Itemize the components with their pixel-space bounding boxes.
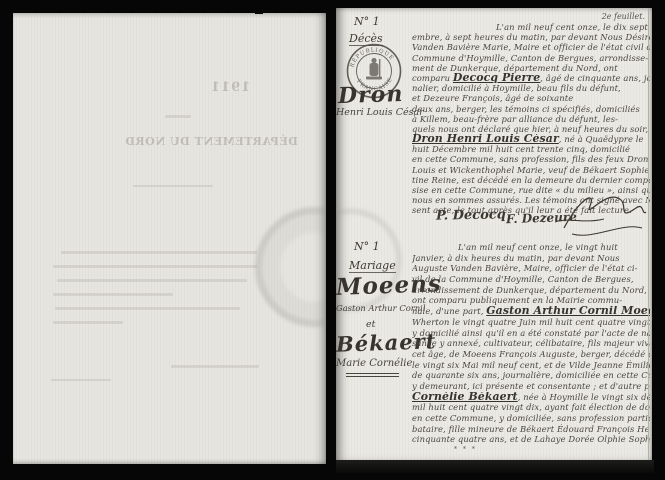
act-line: vil de la Commune d'Hoymille, Canton de …	[412, 274, 650, 285]
left-page: 1911 DÉPARTEMENT DU NORD	[13, 13, 326, 464]
act1-record-number: N° 1	[354, 15, 380, 28]
act-line: Commune d'Hoymille, Canton de Bergues, a…	[412, 53, 650, 63]
bleedthrough-text-bar	[51, 379, 111, 381]
act-line: tine Reine, est décédé en la demeure du …	[412, 175, 650, 185]
act-line: Dron Henri Louis César, né à Quaëdypre l…	[412, 134, 650, 144]
act-line: mil huit cent quatre vingt dix, ayant fa…	[412, 402, 650, 413]
act-separator-rule	[346, 373, 399, 377]
act-line: ment de Dunkerque, département du Nord, …	[412, 63, 650, 73]
act-line: comparu Decocq Pierre, âgé de cinquante …	[412, 73, 650, 83]
act1-deceased-surname: Dron	[338, 81, 404, 109]
act2-record-number: N° 1	[354, 240, 380, 253]
act-line: en cette Commune, sans profession, fils …	[412, 154, 650, 164]
footnote-marks: * * *	[454, 446, 477, 453]
signature-decocq: P. Decocq	[436, 207, 506, 223]
act2-bride-given-names: Marie Cornélie	[336, 358, 412, 369]
act-line: Wherton le vingt quatre Juin mil huit ce…	[412, 317, 650, 328]
act-line: ont comparu publiquement en la Mairie co…	[412, 295, 650, 306]
act-line: huit Décembre mil huit cent trente cinq,…	[412, 144, 650, 154]
bleedthrough-text-bar	[53, 265, 257, 268]
act-line: nalier, domicilié à Hoymille, beau fils …	[412, 83, 650, 93]
act-line: Janvier, à dix heures du matin, par deva…	[412, 253, 650, 264]
book-bottom-edge	[336, 460, 654, 473]
act-line: L'an mil neuf cent onze, le dix sept Nov…	[412, 22, 650, 32]
act-line: Auguste Vanden Bavière, Maire, officier …	[412, 263, 650, 274]
act-line: en cette Commune, y domiciliée, sans pro…	[412, 413, 650, 424]
act2-record-type: Mariage	[349, 259, 396, 273]
act-line: de quarante six ans, journalière, domici…	[412, 370, 650, 381]
act-line: et Dezeure François, âgé de soixante	[412, 93, 650, 103]
bleedthrough-department-title: DÉPARTEMENT DU NORD	[125, 135, 298, 148]
bleedthrough-text-bar	[61, 251, 257, 254]
act-line: le vingt six Mai mil neuf cent, et de Vi…	[412, 360, 650, 371]
act1-body-text: L'an mil neuf cent onze, le dix sept Nov…	[412, 22, 650, 216]
ghost-stamp-icon	[255, 207, 326, 327]
act1-deceased-given-names: Henri Louis César	[336, 107, 424, 118]
act-line: bataire, fille mineure de Békaert Édouar…	[412, 424, 650, 435]
act-line: cet âge, de Moeens François Auguste, ber…	[412, 349, 650, 360]
act2-conjunction: et	[366, 319, 375, 330]
folio-label: 2e feuillet.	[602, 12, 645, 21]
act-line: Louis et Wickenthophel Marie, veuf de Bé…	[412, 165, 650, 175]
mayor-signature-flourish-icon	[560, 188, 648, 240]
act-line: embre, à sept heures du matin, par devan…	[412, 32, 650, 42]
act2-body-text: L'an mil neuf cent onze, le vingt huitJa…	[412, 242, 650, 445]
act-line: sance y annexé, cultivateur, célibataire…	[412, 338, 650, 349]
bleedthrough-text-bar	[55, 307, 240, 310]
act-line: y demeurant, ici présente et consentante…	[412, 381, 650, 392]
binding-notch	[255, 0, 263, 14]
act-line: Cornélie Békaert, née à Hoymille le ving…	[412, 392, 650, 403]
bleedthrough-text-bar	[171, 365, 259, 368]
act-line: nale, d'une part, Gaston Arthur Cornil M…	[412, 306, 650, 317]
act-line: cinquante quatre ans, et de Lahaye Dorée…	[412, 434, 650, 445]
bleedthrough-rule	[165, 115, 191, 118]
act-line: arrondissement de Dunkerque, département…	[412, 285, 650, 296]
act-line: à Killem, beau-frère par alliance du déf…	[412, 114, 650, 124]
bleedthrough-text-bar	[53, 293, 173, 296]
bleedthrough-text-bar	[53, 321, 123, 324]
act-line: L'an mil neuf cent onze, le vingt huit	[412, 242, 650, 253]
act-line: y domicilié ainsi qu'il en a été constat…	[412, 328, 650, 339]
act-line: Vanden Bavière Marie, Maire et officier …	[412, 42, 650, 52]
bleedthrough-year: 1911	[210, 80, 250, 95]
bleedthrough-subtitle-bar	[133, 185, 213, 187]
bleedthrough-text-bar	[57, 279, 247, 282]
act-line: quels nous ont déclaré que hier, à neuf …	[412, 124, 650, 134]
scanned-register-photo: { "document": { "kind": "Registre d'état…	[0, 0, 665, 480]
right-page: 2e feuillet. N° 1 Décès RÉPUBLIQUE FRANÇ…	[336, 8, 652, 460]
act-line: deux ans, berger, les témoins ci spécifi…	[412, 104, 650, 114]
